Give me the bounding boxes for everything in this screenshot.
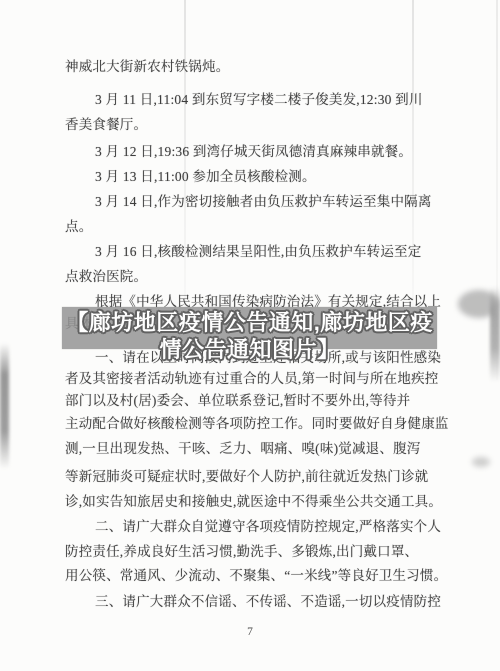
document-line: 主动配合做好核酸检测等各项防控工作。同时要做好自身健康监 xyxy=(65,415,449,432)
document-line: 香美食餐厅。 xyxy=(65,116,147,133)
caption-title: 【廊坊地区疫情公告通知,廊坊地区疫 情公告通知图片】 xyxy=(62,309,437,363)
document-line: 3 月 13 日,11:00 参加全员核酸检测。 xyxy=(95,168,316,185)
document-line: 二、请广大群众自觉遵守各项疫情防控规定,严格落实个人 xyxy=(95,518,441,535)
document-line: 3 月 11 日,11:04 到东贸写字楼二楼子俊美发,12:30 到川 xyxy=(95,91,423,108)
document-line: 用公筷、常通风、少流动、不聚集、“一米线”等良好卫生习惯。 xyxy=(65,567,447,584)
caption-title-line1: 【廊坊地区疫情公告通知,廊坊地区疫 xyxy=(62,309,437,336)
document-line: 测,一旦出现发热、干咳、乏力、咽痛、嗅(味)觉减退、腹泻 xyxy=(65,440,420,457)
page-number: 7 xyxy=(0,626,500,638)
document-line: 诊,如实告知旅居史和接触史,就医途中不得乘坐公共交通工具。 xyxy=(65,493,442,510)
document-line: 部门以及村(居)委会、单位联系登记,暂时不要外出,等待并 xyxy=(65,392,410,409)
page-edge-shadow-left xyxy=(0,343,9,469)
document-line: 3 月 14 日,作为密切接触者由负压救护车转运至集中隔离 xyxy=(95,193,432,210)
document-line: 等新冠肺炎可疑症状时,要做好个人防护,前往就近发热门诊就 xyxy=(65,468,428,485)
paper-smudge xyxy=(472,457,490,467)
document-line: 3 月 16 日,核酸检测结果呈阳性,由负压救护车转运至定 xyxy=(95,243,421,260)
photographed-notice-page: 神威北大街新农村铁锅炖。3 月 11 日,11:04 到东贸写字楼二楼子俊美发,… xyxy=(0,0,500,671)
document-line: 点救治医院。 xyxy=(65,268,147,285)
document-line: 神威北大街新农村铁锅炖。 xyxy=(65,58,229,75)
caption-title-line2: 情公告通知图片】 xyxy=(62,336,437,363)
photo-seam-left xyxy=(184,0,186,320)
document-line: 者及其密接者活动轨迹有过重合的人员,第一时间与所在地疾控 xyxy=(65,370,438,387)
document-line: 防控责任,养成良好生活习惯,勤洗手、多锻炼,出门戴口罩、 xyxy=(65,543,418,560)
page-edge-shadow-right xyxy=(490,286,500,382)
document-line: 3 月 12 日,19:36 到湾仔城天街凤德清真麻辣串就餐。 xyxy=(95,143,412,160)
photo-seam-right xyxy=(412,0,414,320)
photo-seam-edge xyxy=(496,0,498,380)
document-line: 点。 xyxy=(65,218,92,235)
document-line: 三、请广大群众不信谣、不传谣、不造谣,一切以疫情防控 xyxy=(95,593,441,610)
paper-smudge xyxy=(458,290,500,318)
